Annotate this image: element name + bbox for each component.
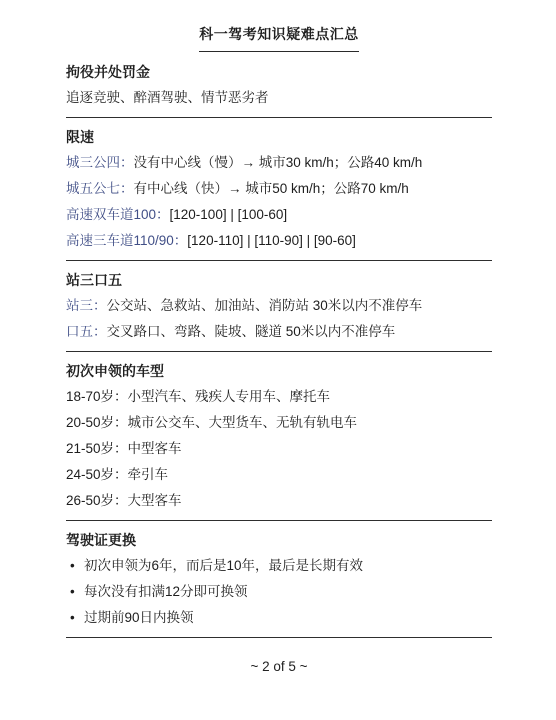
bullet-list: 初次申领为6年，而后是10年，最后是长期有效 每次没有扣满12分即可换领 过期前…	[66, 553, 492, 631]
rule-row: 21-50岁：中型客车	[66, 436, 492, 462]
rule-text: 没有中心线（慢）→ 城市30 km/h；公路40 km/h	[134, 155, 423, 170]
rule-row: 高速三车道110/90：[120-110] | [110-90] | [90-6…	[66, 228, 492, 254]
rule-text: 小型汽车、残疾人专用车、摩托车	[128, 389, 331, 404]
section-heading: 限速	[66, 124, 492, 150]
rule-row: 追逐竞驶、醉酒驾驶、情节恶劣者	[66, 85, 492, 111]
rule-text: 中型客车	[128, 441, 182, 456]
rule-text: 交叉路口、弯路、陡坡、隧道 50米以内不准停车	[107, 324, 396, 339]
list-item: 初次申领为6年，而后是10年，最后是长期有效	[66, 553, 492, 579]
rule-label: 21-50岁：	[66, 441, 128, 456]
rule-text: [120-110] | [110-90] | [90-60]	[187, 233, 356, 248]
rule-text: [120-100] | [100-60]	[170, 207, 288, 222]
rule-label: 口五：	[66, 324, 107, 339]
section-heading: 初次申领的车型	[66, 358, 492, 384]
rule-text: 追逐竞驶、醉酒驾驶、情节恶劣者	[66, 90, 269, 105]
rule-row: 城五公七：有中心线（快）→ 城市50 km/h；公路70 km/h	[66, 176, 492, 202]
rule-row: 站三：公交站、急救站、加油站、消防站 30米以内不准停车	[66, 293, 492, 319]
page-header: 科一驾考知识疑难点汇总	[66, 24, 492, 52]
document-page: 科一驾考知识疑难点汇总 拘役并处罚金 追逐竞驶、醉酒驾驶、情节恶劣者 限速 城三…	[0, 0, 556, 720]
section-divider	[66, 351, 492, 352]
list-item: 每次没有扣满12分即可换领	[66, 579, 492, 605]
list-item: 过期前90日内换领	[66, 605, 492, 631]
rule-label: 高速三车道110/90：	[66, 233, 187, 248]
rule-label: 站三：	[66, 298, 107, 313]
page-indicator: ~ 2 of 5 ~	[66, 654, 492, 680]
rule-label: 18-70岁：	[66, 389, 128, 404]
section-divider	[66, 260, 492, 261]
section-first-license-vehicle-types: 初次申领的车型 18-70岁：小型汽车、残疾人专用车、摩托车 20-50岁：城市…	[66, 358, 492, 514]
rule-label: 城五公七：	[66, 181, 134, 196]
section-heading: 站三口五	[66, 267, 492, 293]
section-divider	[66, 637, 492, 638]
section-divider	[66, 520, 492, 521]
rule-row: 24-50岁：牵引车	[66, 462, 492, 488]
rule-text: 大型客车	[128, 493, 182, 508]
rule-row: 20-50岁：城市公交车、大型货车、无轨有轨电车	[66, 410, 492, 436]
section-speed-limits: 限速 城三公四：没有中心线（慢）→ 城市30 km/h；公路40 km/h 城五…	[66, 124, 492, 254]
rule-label: 高速双车道100：	[66, 207, 170, 222]
rule-text: 有中心线（快）→ 城市50 km/h；公路70 km/h	[134, 181, 409, 196]
rule-label: 20-50岁：	[66, 415, 128, 430]
rule-row: 高速双车道100：[120-100] | [100-60]	[66, 202, 492, 228]
rule-row: 18-70岁：小型汽车、残疾人专用车、摩托车	[66, 384, 492, 410]
rule-label: 城三公四：	[66, 155, 134, 170]
rule-row: 城三公四：没有中心线（慢）→ 城市30 km/h；公路40 km/h	[66, 150, 492, 176]
section-license-renewal: 驾驶证更换 初次申领为6年，而后是10年，最后是长期有效 每次没有扣满12分即可…	[66, 527, 492, 631]
section-heading: 驾驶证更换	[66, 527, 492, 553]
rule-text: 城市公交车、大型货车、无轨有轨电车	[128, 415, 358, 430]
page-title: 科一驾考知识疑难点汇总	[199, 24, 359, 52]
section-detention-fine: 拘役并处罚金 追逐竞驶、醉酒驾驶、情节恶劣者	[66, 59, 492, 111]
section-station-rules: 站三口五 站三：公交站、急救站、加油站、消防站 30米以内不准停车 口五：交叉路…	[66, 267, 492, 345]
rule-label: 26-50岁：	[66, 493, 128, 508]
rule-label: 24-50岁：	[66, 467, 128, 482]
section-heading: 拘役并处罚金	[66, 59, 492, 85]
rule-text: 牵引车	[128, 467, 169, 482]
rule-row: 口五：交叉路口、弯路、陡坡、隧道 50米以内不准停车	[66, 319, 492, 345]
rule-text: 公交站、急救站、加油站、消防站 30米以内不准停车	[107, 298, 423, 313]
rule-row: 26-50岁：大型客车	[66, 488, 492, 514]
section-divider	[66, 117, 492, 118]
